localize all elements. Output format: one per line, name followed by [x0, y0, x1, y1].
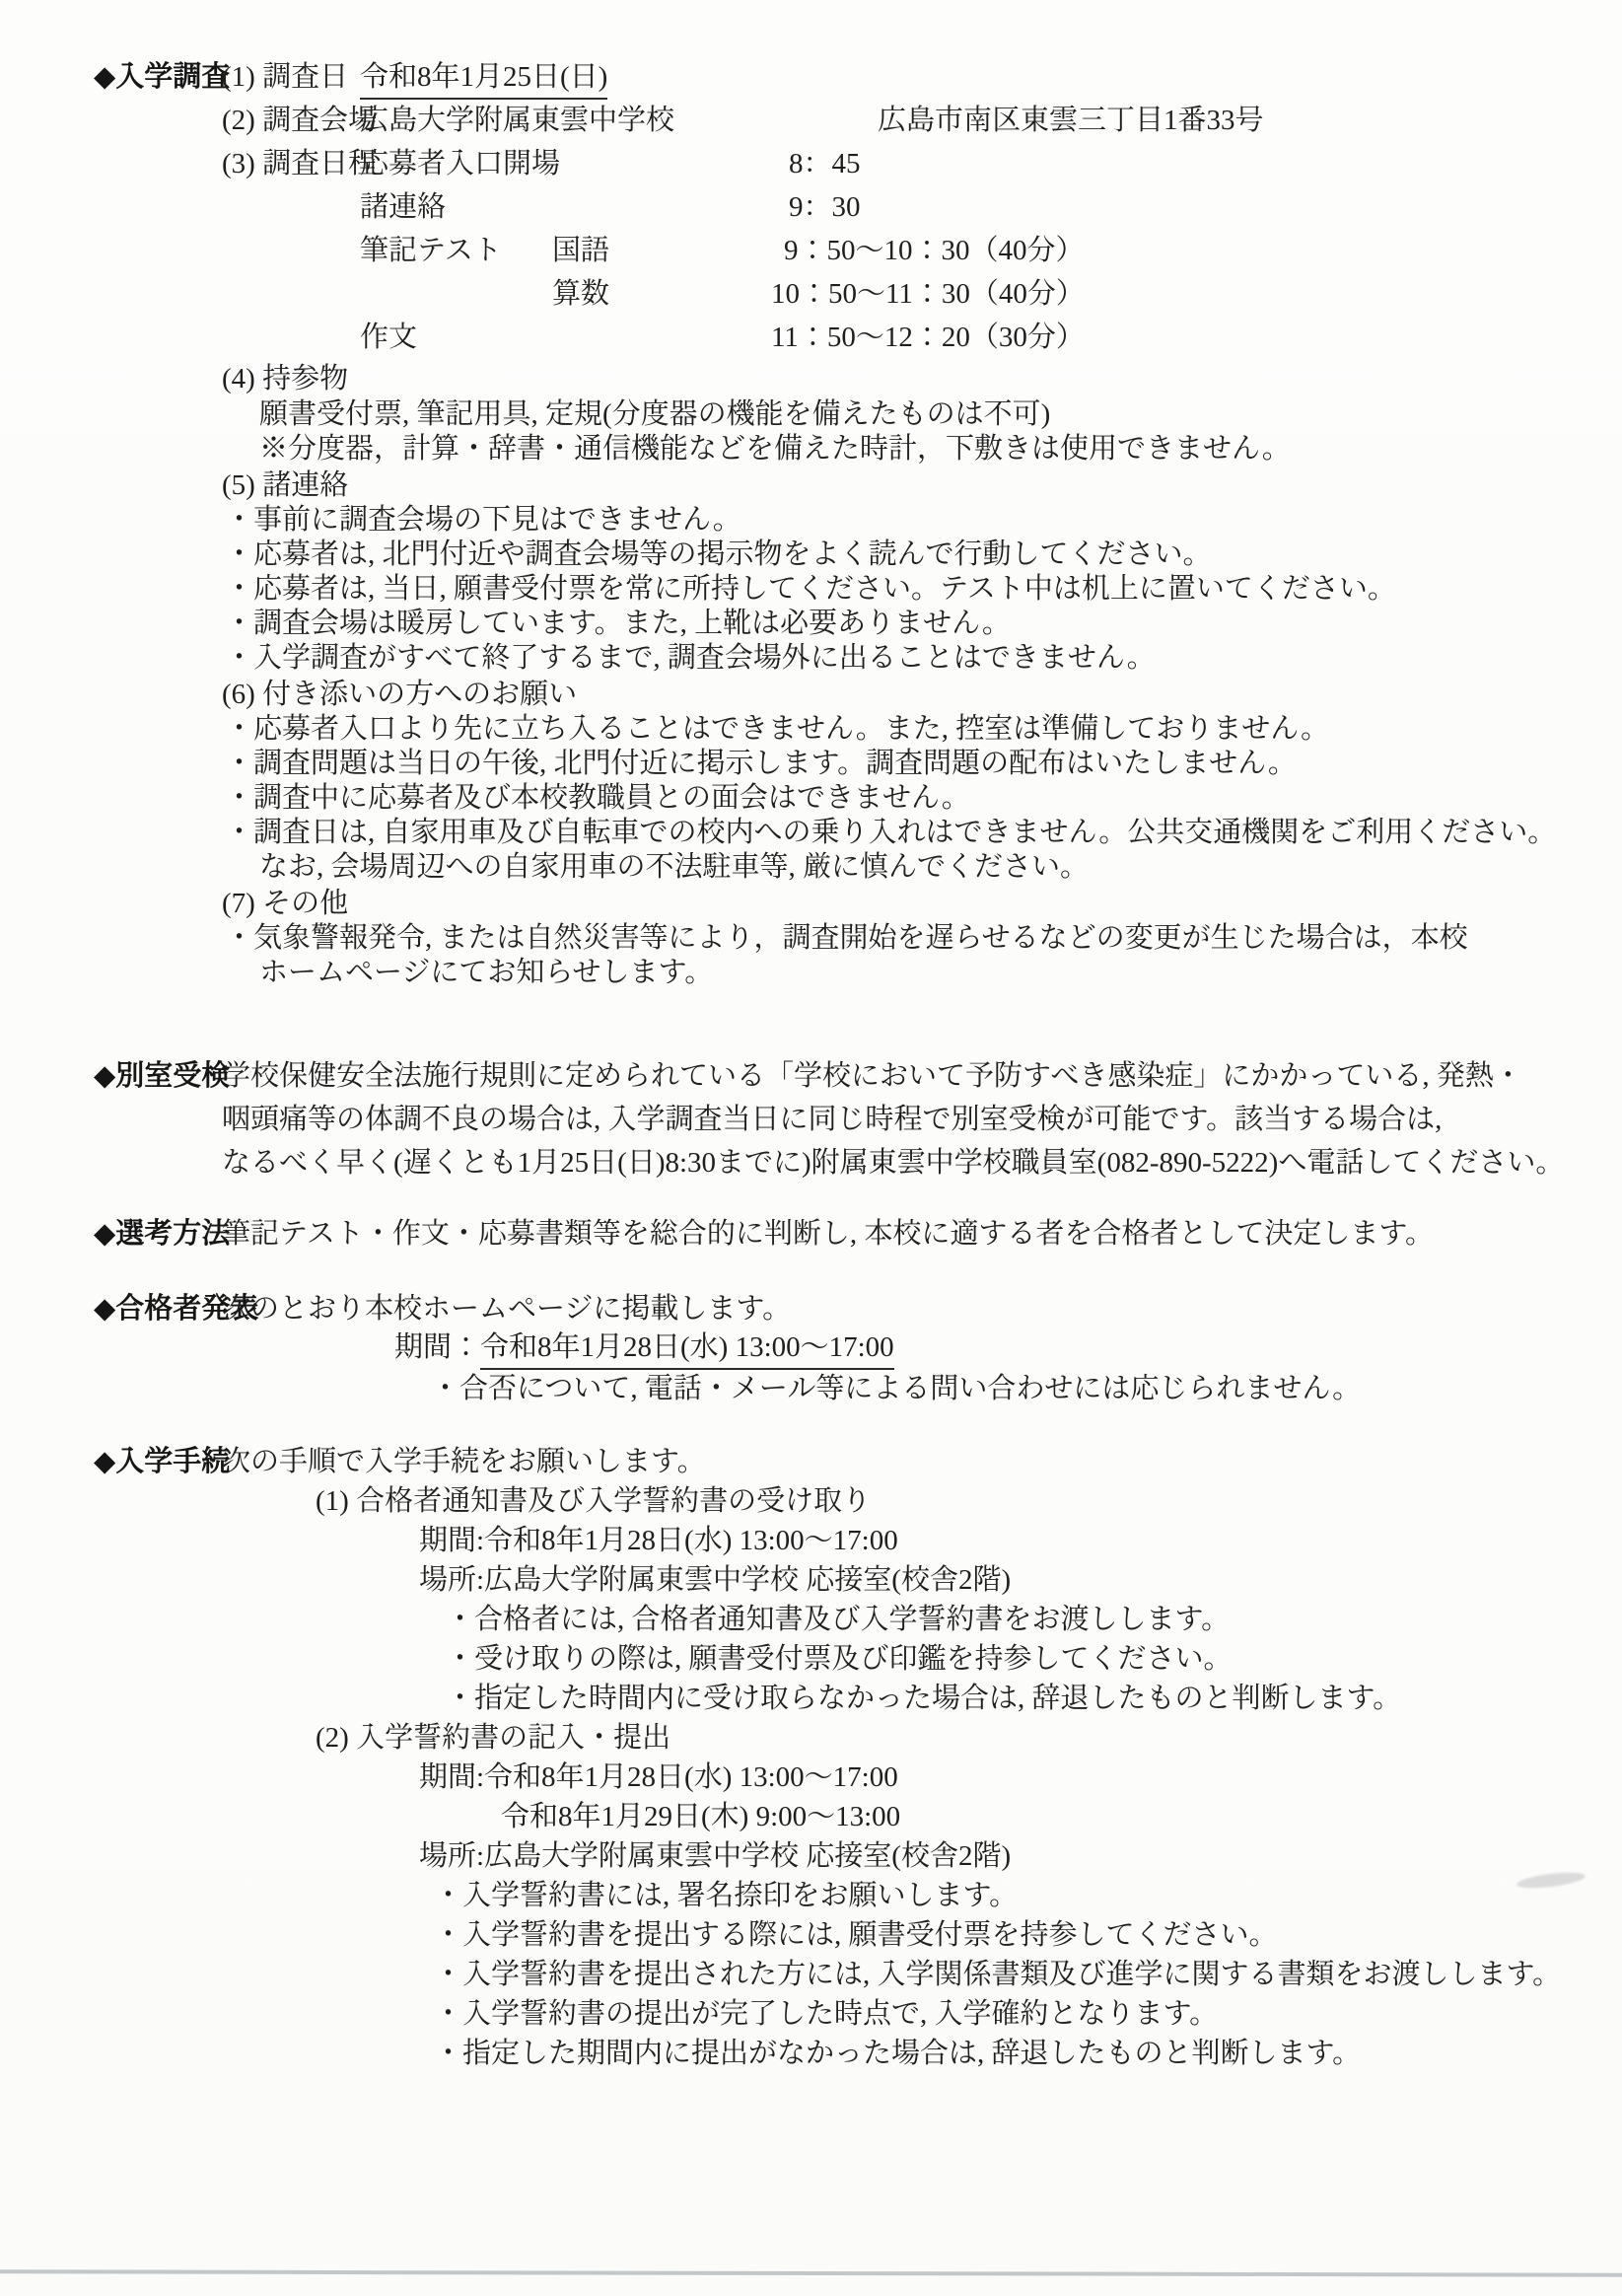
scan-bottom-edge — [0, 2269, 1622, 2276]
text-line: 作文 — [360, 322, 417, 354]
text-line: ・入学調査がすべて終了するまで, 調査会場外に出ることはできません。 — [225, 642, 1156, 675]
text-line: 学校保健安全法施行規則に定められている「学校において予防すべき感染症」にかかって… — [222, 1060, 1522, 1093]
text-line: 期間： — [394, 1331, 480, 1364]
text-line: 11：50～12：20（30分） — [771, 322, 1085, 354]
text-line: 9：50～10：30（40分） — [784, 235, 1085, 267]
text-line: (1) 調査日 — [222, 61, 348, 94]
text-line: (1) 合格者通知書及び入学誓約書の受け取り — [316, 1485, 871, 1518]
text-line: 咽頭痛等の体調不良の場合は, 入学調査当日に同じ時程で別室受検が可能です。該当す… — [222, 1104, 1442, 1136]
text-line: 期間:令和8年1月28日(水) 13:00～17:00 — [419, 1525, 898, 1557]
text-line: (5) 諸連絡 — [222, 469, 348, 502]
section-label-nyugaku-chosa: ◆入学調査 — [94, 61, 230, 94]
text-line: (2) 調査会場 — [222, 105, 377, 137]
text-line: ・応募者は, 北門付近や調査会場等の掲示物をよく読んで行動してください。 — [225, 538, 1212, 571]
text-line: 願書受付票, 筆記用具, 定規(分度器の機能を備えたものは不可) — [259, 398, 1050, 431]
section-label-senko-hoho: ◆選考方法 — [94, 1218, 230, 1251]
text-line: ・調査問題は当日の午後, 北門付近に掲示します。調査問題の配布はいたしません。 — [225, 748, 1297, 780]
text-line: 算数 — [552, 278, 609, 311]
text-line: ・事前に調査会場の下見はできません。 — [225, 504, 741, 537]
text-line: ・入学誓約書の提出が完了した時点で, 入学確約となります。 — [434, 1998, 1218, 2031]
text-line: ・指定した時間内に受け取らなかった場合は, 辞退したものと判断します。 — [446, 1683, 1401, 1715]
text-line: (7) その他 — [222, 888, 348, 920]
text-line: ・指定した期間内に提出がなかった場合は, 辞退したものと判断します。 — [434, 2038, 1361, 2070]
text-line: (4) 持参物 — [222, 363, 348, 395]
text-line: ・合格者には, 合格者通知書及び入学誓約書をお渡しします。 — [446, 1604, 1230, 1636]
text-line: 10：50～11：30（40分） — [771, 278, 1085, 311]
text-line: 令和8年1月28日(水) 13:00～17:00 — [480, 1331, 894, 1370]
text-line: ・入学誓約書には, 署名捺印をお願いします。 — [434, 1880, 1018, 1912]
text-line: 9：30 — [789, 191, 861, 224]
text-line: なるべく早く(遅くとも1月25日(日)8:30までに)附属東雲中学校職員室(08… — [222, 1147, 1564, 1180]
text-line: 令和8年1月25日(日) — [360, 61, 607, 100]
text-line: 令和8年1月29日(木) 9:00～13:00 — [501, 1801, 900, 1833]
text-line: 諸連絡 — [360, 191, 446, 224]
section-label-besshitsu-juken: ◆別室受検 — [94, 1060, 230, 1093]
text-line: ・入学誓約書を提出された方には, 入学関係書類及び進学に関する書類をお渡しします… — [434, 1959, 1561, 1991]
document-page: ◆入学調査(1) 調査日令和8年1月25日(日)(2) 調査会場広島大学附属東雲… — [0, 0, 1622, 2296]
text-line: 次の手順で入学手続をお願いします。 — [222, 1446, 706, 1478]
text-line: 次のとおり本校ホームページに掲載します。 — [222, 1293, 791, 1326]
text-line: (6) 付き添いの方へのお願い — [222, 679, 577, 711]
text-line: 筆記テスト・作文・応募書類等を総合的に判断し, 本校に適する者を合格者として決定… — [222, 1218, 1434, 1251]
text-line: (2) 入学誓約書の記入・提出 — [316, 1722, 670, 1755]
text-line: 応募者入口開場 — [360, 148, 560, 180]
text-line: ・調査中に応募者及び本校教職員との面会はできません。 — [225, 782, 970, 815]
text-line: ・受け取りの際は, 願書受付票及び印鑑を持参してください。 — [446, 1643, 1233, 1676]
text-line: 期間:令和8年1月28日(水) 13:00～17:00 — [419, 1761, 898, 1794]
text-line: 8：45 — [789, 148, 861, 180]
text-line: ・調査会場は暖房しています。また, 上靴は必要ありません。 — [225, 608, 1011, 640]
text-line: ※分度器，計算・辞書・通信機能などを備えた時計，下敷きは使用できません。 — [259, 433, 1291, 466]
text-line: 国語 — [552, 235, 609, 267]
text-line: 場所:広島大学附属東雲中学校 応接室(校舎2階) — [419, 1840, 1011, 1873]
text-line: ・合否について, 電話・メール等による問い合わせには応じられません。 — [431, 1373, 1361, 1405]
text-line: 広島市南区東雲三丁目1番33号 — [878, 105, 1264, 137]
text-line: 筆記テスト — [360, 235, 502, 267]
text-line: ・応募者入口より先に立ち入ることはできません。また, 控室は準備しておりません。 — [225, 713, 1329, 746]
text-line: ・応募者は, 当日, 願書受付票を常に所持してください。テスト中は机上に置いてく… — [225, 573, 1396, 606]
text-line: なお, 会場周辺への自家用車の不法駐車等, 厳に慎んでください。 — [259, 851, 1089, 884]
text-line: ・気象警報発令, または自然災害等により，調査開始を遅らせるなどの変更が生じた場… — [225, 922, 1468, 955]
scan-smudge-artifact — [1516, 1870, 1586, 1891]
text-line: 場所:広島大学附属東雲中学校 応接室(校舎2階) — [419, 1564, 1011, 1597]
section-label-nyugaku-tetsuzuki: ◆入学手続 — [94, 1446, 230, 1478]
text-line: ・入学誓約書を提出する際には, 願書受付票を持参してください。 — [434, 1919, 1278, 1952]
text-line: ホームページにてお知らせします。 — [259, 957, 713, 989]
text-line: (3) 調査日程 — [222, 148, 377, 180]
text-line: 広島大学附属東雲中学校 — [360, 105, 674, 137]
text-line: ・調査日は, 自家用車及び自転車での校内への乗り入れはできません。公共交通機関を… — [225, 817, 1556, 849]
